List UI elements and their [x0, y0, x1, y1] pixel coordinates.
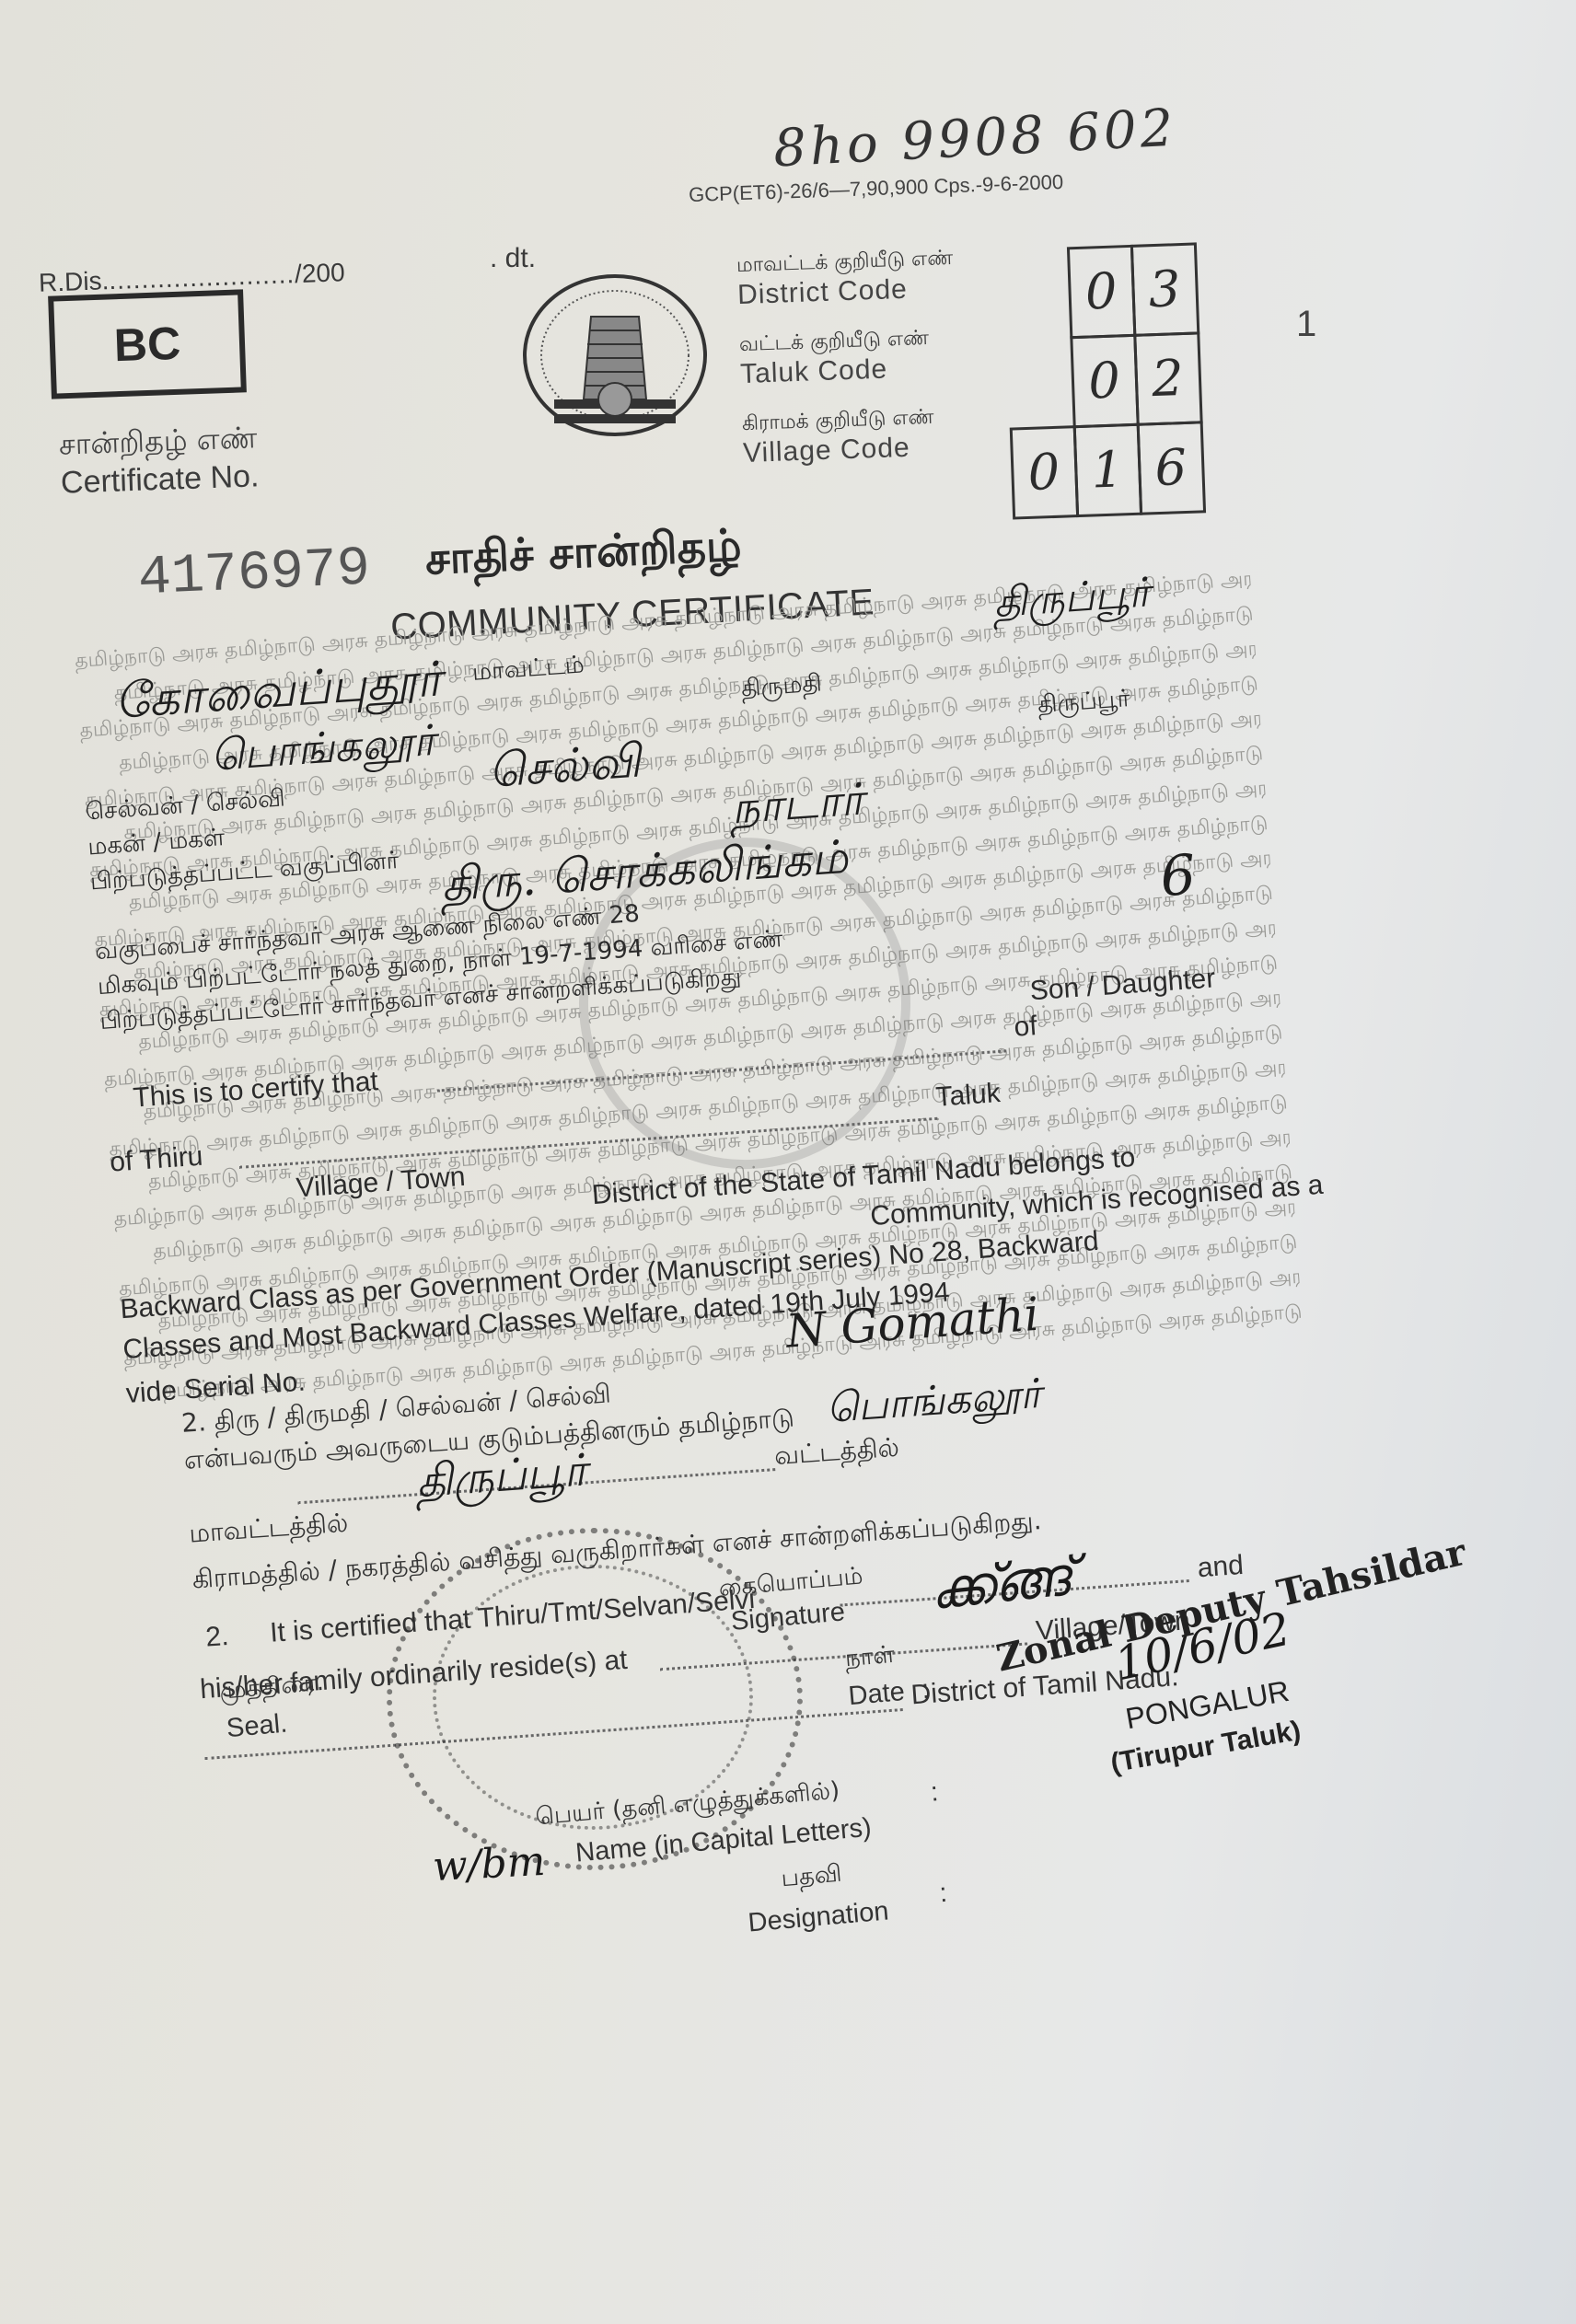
- certificate-no-label-en: Certificate No.: [60, 458, 260, 501]
- category-badge: BC: [48, 289, 247, 399]
- taluk-code-row: 0 2: [1007, 332, 1200, 428]
- handwritten-district-line: திருப்பூர்: [414, 1444, 588, 1513]
- section2-ta-line4: மாவட்டத்தில்: [188, 1508, 349, 1553]
- title-tamil: சாதிச் சான்றிதழ்: [424, 520, 743, 591]
- date-label-en: Date: [847, 1677, 906, 1712]
- en-taluk: Taluk: [934, 1078, 1001, 1114]
- tamil-line-tiruppur: திருப்பூர்: [1037, 685, 1130, 722]
- r-dis-suffix: /200: [295, 258, 346, 288]
- district-code-digit: 0: [1066, 244, 1135, 338]
- handwritten-serial: 6: [1158, 843, 1198, 909]
- r-dis-label: R.Dis.: [39, 266, 110, 297]
- district-code-row: 0 3: [1004, 243, 1198, 339]
- tamil-nadu-emblem-icon: [517, 271, 713, 451]
- handwritten-initials: w/bm: [432, 1838, 547, 1890]
- taluk-code-digit: 2: [1133, 331, 1202, 425]
- certificate-body: தமிழ்நாடு அரசு தமிழ்நாடு அரசு தமிழ்நாடு …: [74, 562, 1304, 1434]
- designation-label-en: Designation: [747, 1896, 889, 1938]
- en-of: of: [1013, 1011, 1037, 1044]
- officer-signature: ക്ക്ങ്ങ്: [927, 1544, 1076, 1623]
- district-code-label-en: District Code: [737, 272, 955, 311]
- village-code-digit: 0: [1009, 425, 1078, 519]
- village-code-digit: 6: [1136, 421, 1205, 515]
- designation-label-ta: பதவி: [780, 1860, 843, 1896]
- taluk-code-digit: 0: [1070, 333, 1139, 427]
- tamil-line-thirumathi: திருமதி: [740, 669, 823, 705]
- margin-mark: 1: [1296, 304, 1316, 345]
- village-code-row: 0 1 6: [1011, 422, 1204, 517]
- certificate-no-label-ta: சான்றிதழ் எண்: [58, 420, 258, 465]
- dt-label: . dt.: [490, 243, 536, 274]
- handwritten-district: திருப்பூர்: [992, 569, 1152, 632]
- district-code-digit: 3: [1130, 242, 1199, 336]
- en-of-thiru: of Thiru: [109, 1141, 203, 1179]
- community-certificate: 8ho 9908 602 GCP(ET6)-26/6—7,90,900 Cps.…: [0, 0, 1576, 2324]
- code-labels: மாவட்டக் குறியீடு எண் District Code வட்ட…: [736, 247, 961, 491]
- seal-label-en: Seal.: [226, 1709, 289, 1745]
- section2-ta-line3: வட்டத்தில்: [773, 1432, 900, 1474]
- print-reference: GCP(ET6)-26/6—7,90,900 Cps.-9-6-2000: [689, 170, 1064, 207]
- section2-number: 2.: [204, 1621, 229, 1654]
- section2-en-and: and: [1197, 1550, 1245, 1584]
- handwritten-reference-number: 8ho 9908 602: [772, 98, 1178, 179]
- taluk-code-label-en: Taluk Code: [740, 352, 957, 390]
- certificate-serial-number: 4176979: [137, 538, 372, 611]
- date-label-ta: நாள்: [844, 1641, 896, 1676]
- village-code-label-en: Village Code: [743, 431, 960, 469]
- code-grid: 0 3 0 2 0 1 6: [1004, 243, 1204, 517]
- handwritten-name: செல்வி: [487, 734, 643, 804]
- village-code-digit: 1: [1072, 422, 1141, 516]
- handwritten-community: நாடார்: [729, 774, 865, 840]
- name-colon: :: [930, 1777, 940, 1809]
- designation-colon: :: [938, 1879, 948, 1910]
